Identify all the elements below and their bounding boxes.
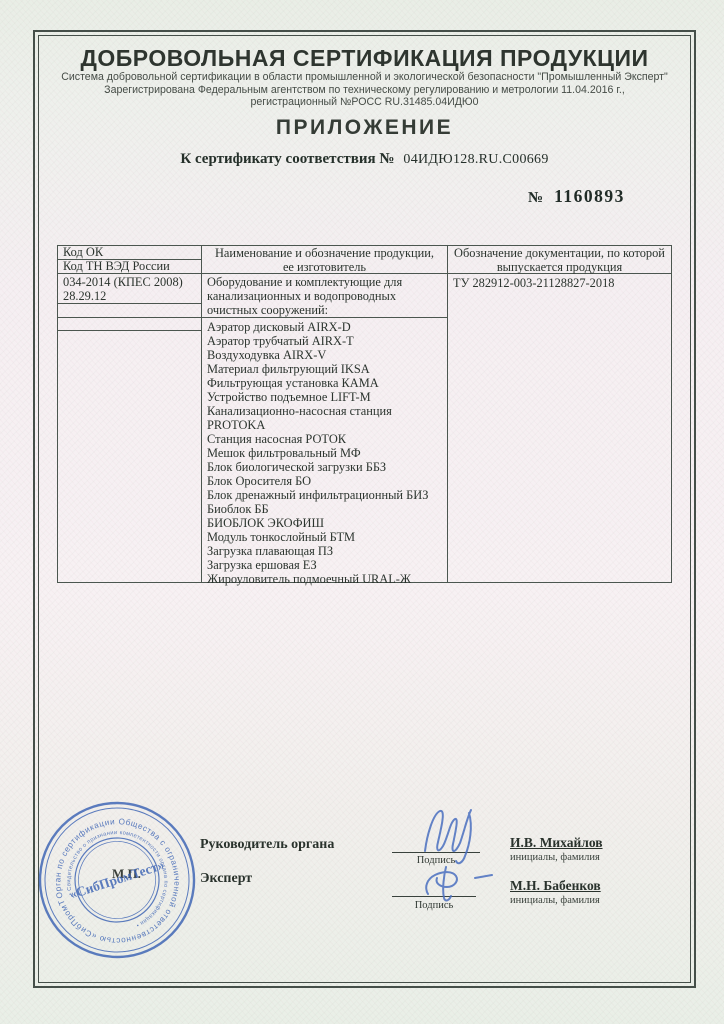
header-product-name-line2: ее изготовитель	[207, 261, 442, 275]
document-title: ДОБРОВОЛЬНАЯ СЕРТИФИКАЦИЯ ПРОДУКЦИИ	[33, 45, 696, 72]
product-intro-line2: канализационных и водопроводных	[207, 289, 442, 303]
product-intro-line3: очистных сооружений:	[207, 303, 442, 317]
name-caption-2: инициалы, фамилия	[510, 895, 600, 906]
empty-cell	[58, 304, 201, 318]
round-stamp: Орган по сертификации Общества с огранич…	[26, 789, 208, 971]
product-line: БИОБЛОК ЭКОФИШ	[207, 516, 442, 530]
header-code-tnved: Код ТН ВЭД России	[58, 260, 201, 274]
signatory-name-2: М.Н. Бабенков	[510, 878, 601, 894]
product-line: Аэратор трубчатый AIRX-T	[207, 334, 442, 348]
product-line: Жироуловитель подмоечный URAL-Ж	[207, 572, 442, 586]
signature-stroke-1	[425, 810, 471, 863]
certification-system-line: Система добровольной сертификации в обла…	[33, 71, 696, 83]
product-line: Воздуходувка AIRX-V	[207, 348, 442, 362]
product-line: Аэратор дисковый AIRX-D	[207, 320, 442, 334]
column-codes: Код ОК Код ТН ВЭД России 034-2014 (КПЕС …	[58, 246, 201, 582]
product-line: Модуль тонкослойный БТМ	[207, 530, 442, 544]
product-line: Мешок фильтровальный МФ	[207, 446, 442, 460]
form-number-digits: 1160893	[554, 186, 625, 207]
signatory-name-1: И.В. Михайлов	[510, 835, 603, 851]
product-intro-line1: Оборудование и комплектующие для	[207, 275, 442, 289]
name-caption-1: инициалы, фамилия	[510, 852, 600, 863]
code-ok-value: 034-2014 (КПЕС 2008)	[63, 275, 196, 289]
header-documentation-line2: выпускается продукция	[453, 261, 666, 275]
product-line: Канализационно-насосная станция	[207, 404, 442, 418]
product-intro-cell: Оборудование и комплектующие для канализ…	[202, 274, 447, 318]
product-line: Загрузка ершовая ЕЗ	[207, 558, 442, 572]
product-line: PROTOKA	[207, 418, 442, 432]
handwritten-signatures	[380, 795, 520, 915]
form-number: № 1160893	[528, 186, 625, 207]
certificate-page: ДОБРОВОЛЬНАЯ СЕРТИФИКАЦИЯ ПРОДУКЦИИ Сист…	[0, 0, 724, 1024]
column-product-names: Наименование и обозначение продукции, ее…	[201, 246, 447, 582]
header-product-name: Наименование и обозначение продукции, ее…	[202, 246, 447, 274]
product-line: Устройство подъемное LIFT-M	[207, 390, 442, 404]
code-tnved-value: 28.29.12	[63, 289, 196, 303]
product-line: Материал фильтрующий IKSA	[207, 362, 442, 376]
product-line: Блок биологической загрузки ББЗ	[207, 460, 442, 474]
certificate-number: 04ИДЮ128.RU.C00669	[403, 152, 548, 167]
product-line: Биоблок ББ	[207, 502, 442, 516]
codes-cell: 034-2014 (КПЕС 2008) 28.29.12	[58, 274, 201, 304]
registration-line: Зарегистрирована Федеральным агентством …	[33, 84, 696, 96]
column-documentation: Обозначение документации, по которой вып…	[447, 246, 671, 582]
certificate-reference-label: К сертификату соответствия №	[180, 151, 394, 167]
empty-cell	[58, 318, 201, 331]
certificate-reference-line: К сертификату соответствия №04ИДЮ128.RU.…	[33, 151, 696, 168]
empty-cell	[58, 331, 201, 582]
header-documentation: Обозначение документации, по которой вып…	[448, 246, 671, 274]
tu-cell: ТУ 282912-003-21128827-2018	[448, 274, 671, 582]
product-list-cell: Аэратор дисковый AIRX-DАэратор трубчатый…	[202, 318, 447, 586]
product-line: Блок дренажный инфильтрационный БИЗ	[207, 488, 442, 502]
product-line: Фильтрующая установка КАМА	[207, 376, 442, 390]
signature-stroke-2	[426, 867, 492, 900]
product-line: Загрузка плавающая ПЗ	[207, 544, 442, 558]
role-head-of-body: Руководитель органа	[200, 837, 334, 853]
product-line: Станция насосная РОТОК	[207, 432, 442, 446]
number-sign: №	[528, 190, 543, 207]
header-product-name-line1: Наименование и обозначение продукции,	[207, 247, 442, 261]
header-documentation-line1: Обозначение документации, по которой	[453, 247, 666, 261]
registration-number-line: регистрационный №РОСС RU.31485.04ИДЮ0	[33, 96, 696, 108]
appendix-title: ПРИЛОЖЕНИЕ	[33, 116, 696, 140]
product-line: Блок Оросителя БО	[207, 474, 442, 488]
header-code-ok: Код ОК	[58, 246, 201, 260]
products-table: Код ОК Код ТН ВЭД России 034-2014 (КПЕС …	[57, 245, 672, 583]
